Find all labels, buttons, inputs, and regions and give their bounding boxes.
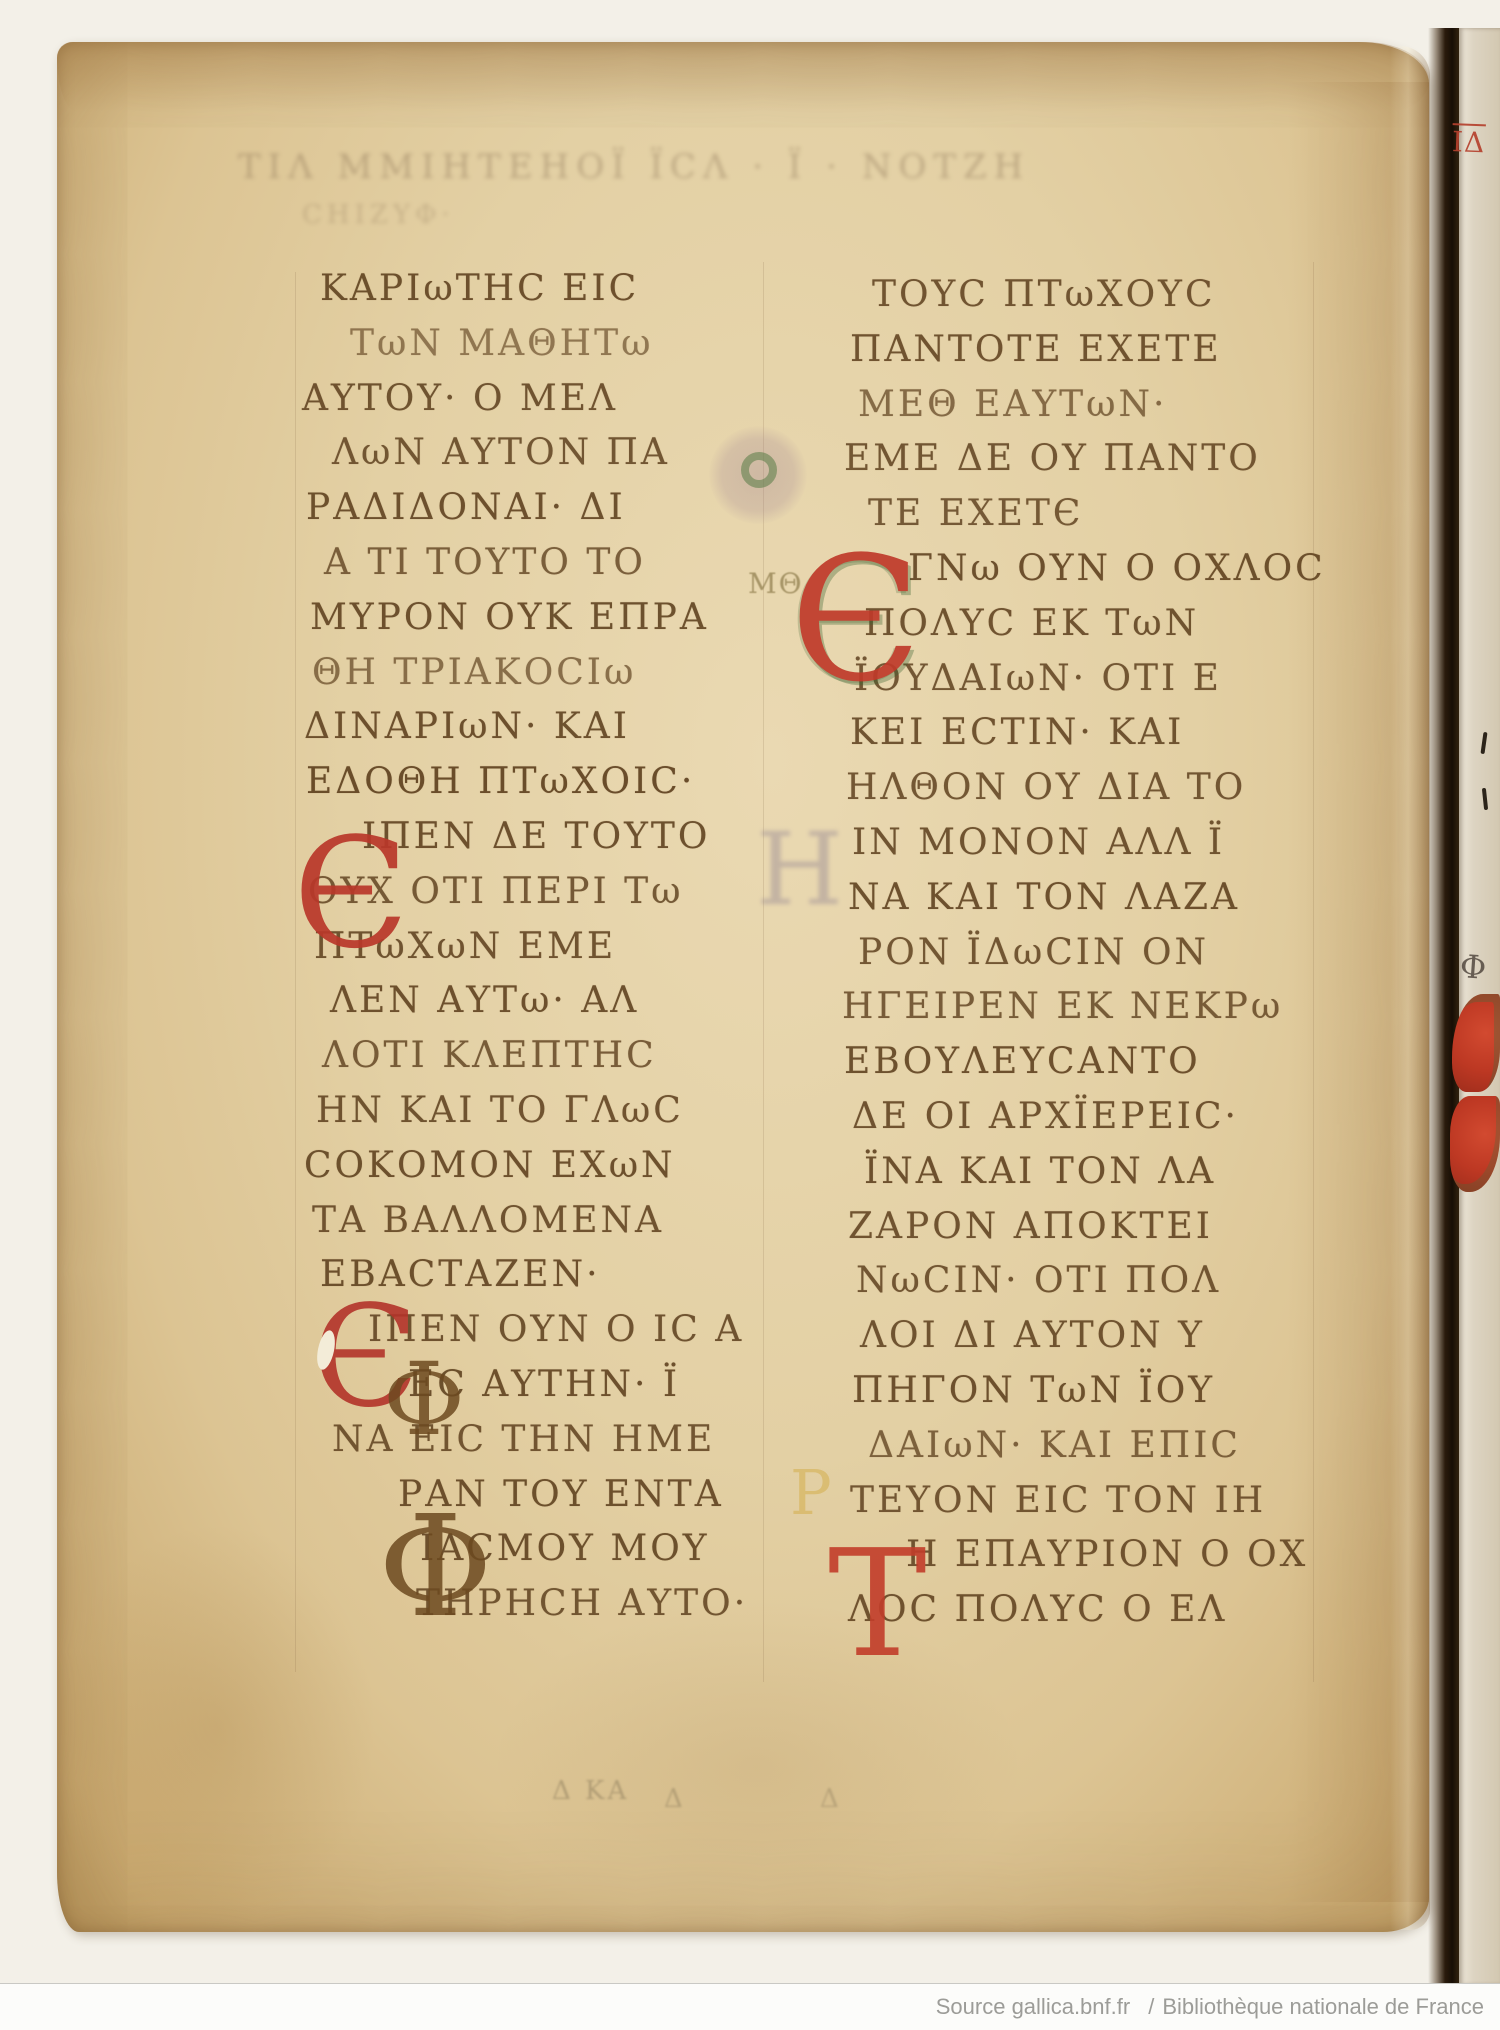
- manuscript-text-line: Α ΤΙ ΤΟΥΤΟ ΤΟ: [298, 536, 778, 591]
- manuscript-text-line: ΕΔΟΘΗ ΠΤωΧΟΙС·: [298, 755, 778, 810]
- manuscript-text-line: ΔΑΙωΝ· ΚΑΙ ΕΠΙС: [842, 1419, 1322, 1474]
- manuscript-text-line: ΡΑΝ ΤΟΥ ΕΝΤΑ: [298, 1468, 778, 1523]
- text-column-right: ΤΟΥС ΠΤωΧΟΥСΠΑΝΤΟΤΕ ΕΧΕΤΕΜΕΘ ΕΑΥΤωΝ·ΕΜΕ …: [842, 268, 1322, 1638]
- binding-gutter: [1428, 28, 1459, 1988]
- manuscript-text-line: ΕΜΕ ΔΕ ΟΥ ΠΑΝΤΟ: [842, 432, 1322, 487]
- manuscript-text-line: ΤΗΡΗСΗ ΑΥΤΟ·: [298, 1577, 778, 1632]
- manuscript-text-line: ΖΑΡΟΝ ΑΠΟΚΤΕΙ: [842, 1200, 1322, 1255]
- ghost-letter-eta: Η: [756, 820, 843, 920]
- manuscript-text-line: ΡΑΔΙΔΟΝΑΙ· ΔΙ: [298, 481, 778, 536]
- faded-header-line-2: СΗΙΖΥΦ·: [302, 202, 455, 228]
- enlarged-phi-1: Φ: [383, 1350, 465, 1450]
- manuscript-text-line: ΗΛΘΟΝ ΟΥ ΔΙΑ ΤΟ: [842, 761, 1322, 816]
- manuscript-text-line: ΛΕΝ ΑΥΤω· ΑΛ: [298, 974, 778, 1029]
- manuscript-text-line: ΙΑСΜΟΥ ΜΟΥ: [298, 1522, 778, 1577]
- rubric-initial-epsilon-left-1: Є: [293, 818, 409, 970]
- manuscript-text-line: ΜΥΡΟΝ ΟΥΚ ΕΠΡΑ: [298, 591, 778, 646]
- faded-header-line-1: ΤΙΛ ΜΜΙΗΤΕΗΟΪ ΪСΛ · Ϊ · ΝΟΤΖΗ: [238, 150, 1030, 184]
- source-caption-bar: Source gallica.bnf.fr/Bibliothèque natio…: [0, 1983, 1500, 2030]
- manuscript-text-line: ΡΟΝ ΪΔωСΙΝ ΟΝ: [842, 926, 1322, 981]
- manuscript-text-line: ΗΓΕΙΡΕΝ ΕΚ ΝΕΚΡω: [842, 980, 1322, 1035]
- manuscript-text-line: ΛωΝ ΑΥΤΟΝ ΠΑ: [298, 426, 778, 481]
- manuscript-text-line: ΔΕ ΟΙ ΑΡΧΪΕΡΕΙС·: [842, 1090, 1322, 1145]
- stain-bottom-center: [497, 1602, 1017, 1932]
- manuscript-text-line: ΤΟΥС ΠΤωΧΟΥС: [842, 268, 1322, 323]
- manuscript-text-line: СΟΚΟΜΟΝ ΕΧωΝ: [298, 1139, 778, 1194]
- facing-page-small-mark: Φ: [1459, 947, 1488, 987]
- stain-top-edge: [57, 42, 1429, 112]
- caption-source-text: Source gallica.bnf.fr: [936, 1994, 1130, 2019]
- manuscript-text-line: ΠΗΓΟΝ ΤωΝ ΪΟΥ: [842, 1364, 1322, 1419]
- manuscript-text-line: ΑΥΤΟΥ· Ο ΜΕΛ: [298, 372, 778, 427]
- manuscript-text-line: ΪΝΑ ΚΑΙ ΤΟΝ ΛΑ: [842, 1145, 1322, 1200]
- manuscript-text-line: ΙΝ ΜΟΝΟΝ ΑΛΛ Ϊ: [842, 816, 1322, 871]
- manuscript-text-line: ΗΝ ΚΑΙ ΤΟ ΓΛωС: [298, 1084, 778, 1139]
- page-edge-curl: [1390, 46, 1430, 1930]
- quire-mark-2: Δ: [664, 1786, 683, 1812]
- manuscript-text-line: ΤΑ ΒΑΛΛΟΜΕΝΑ: [298, 1194, 778, 1249]
- manuscript-text-line: ΔΙΝΑΡΙωΝ· ΚΑΙ: [298, 700, 778, 755]
- scan-background: { "scan": { "caption": { "source": "Sour…: [0, 0, 1500, 2030]
- manuscript-text-line: ΛΟΙ ΔΙ ΑΥΤΟΝ Υ: [842, 1309, 1322, 1364]
- manuscript-text-line: ΤωΝ ΜΑΘΗΤω: [298, 317, 778, 372]
- rubric-initial-epsilon-right: Є: [790, 534, 922, 706]
- manuscript-text-line: ΝΑ ΚΑΙ ΤΟΝ ΛΑΖΑ: [842, 871, 1322, 926]
- manuscript-text-line: ΚΑΡΙωΤΗС ΕΙС: [298, 262, 778, 317]
- caption-separator: /: [1148, 1994, 1154, 2019]
- manuscript-text-line: ΛΟΤΙ ΚΛΕΠΤΗС: [298, 1029, 778, 1084]
- rubric-initial-tau-right: Τ: [828, 1530, 927, 1678]
- folio-number: ΙΔ: [1451, 125, 1500, 160]
- source-caption: Source gallica.bnf.fr/Bibliothèque natio…: [936, 1994, 1500, 2020]
- enlarged-phi-2: Φ: [378, 1498, 493, 1638]
- faded-marginal-rho: Ρ: [790, 1462, 832, 1524]
- quire-mark-3: Δ: [820, 1786, 839, 1812]
- manuscript-text-line: ΕΒΟΥΛΕΥСΑΝΤΟ: [842, 1035, 1322, 1090]
- manuscript-text-line: ΘΗ ΤΡΙΑΚΟСΙω: [298, 646, 778, 701]
- caption-library-text: Bibliothèque nationale de France: [1162, 1994, 1484, 2019]
- manuscript-text-line: ΜΕΘ ΕΑΥΤωΝ·: [842, 378, 1322, 433]
- quire-mark-1: Δ ΚΑ: [552, 1778, 629, 1804]
- section-number-mark: ΜΘ: [748, 570, 804, 598]
- manuscript-text-line: ΠΑΝΤΟΤΕ ΕΧΕΤΕ: [842, 323, 1322, 378]
- manuscript-text-line: ΝωСΙΝ· ΟΤΙ ΠΟΛ: [842, 1254, 1322, 1309]
